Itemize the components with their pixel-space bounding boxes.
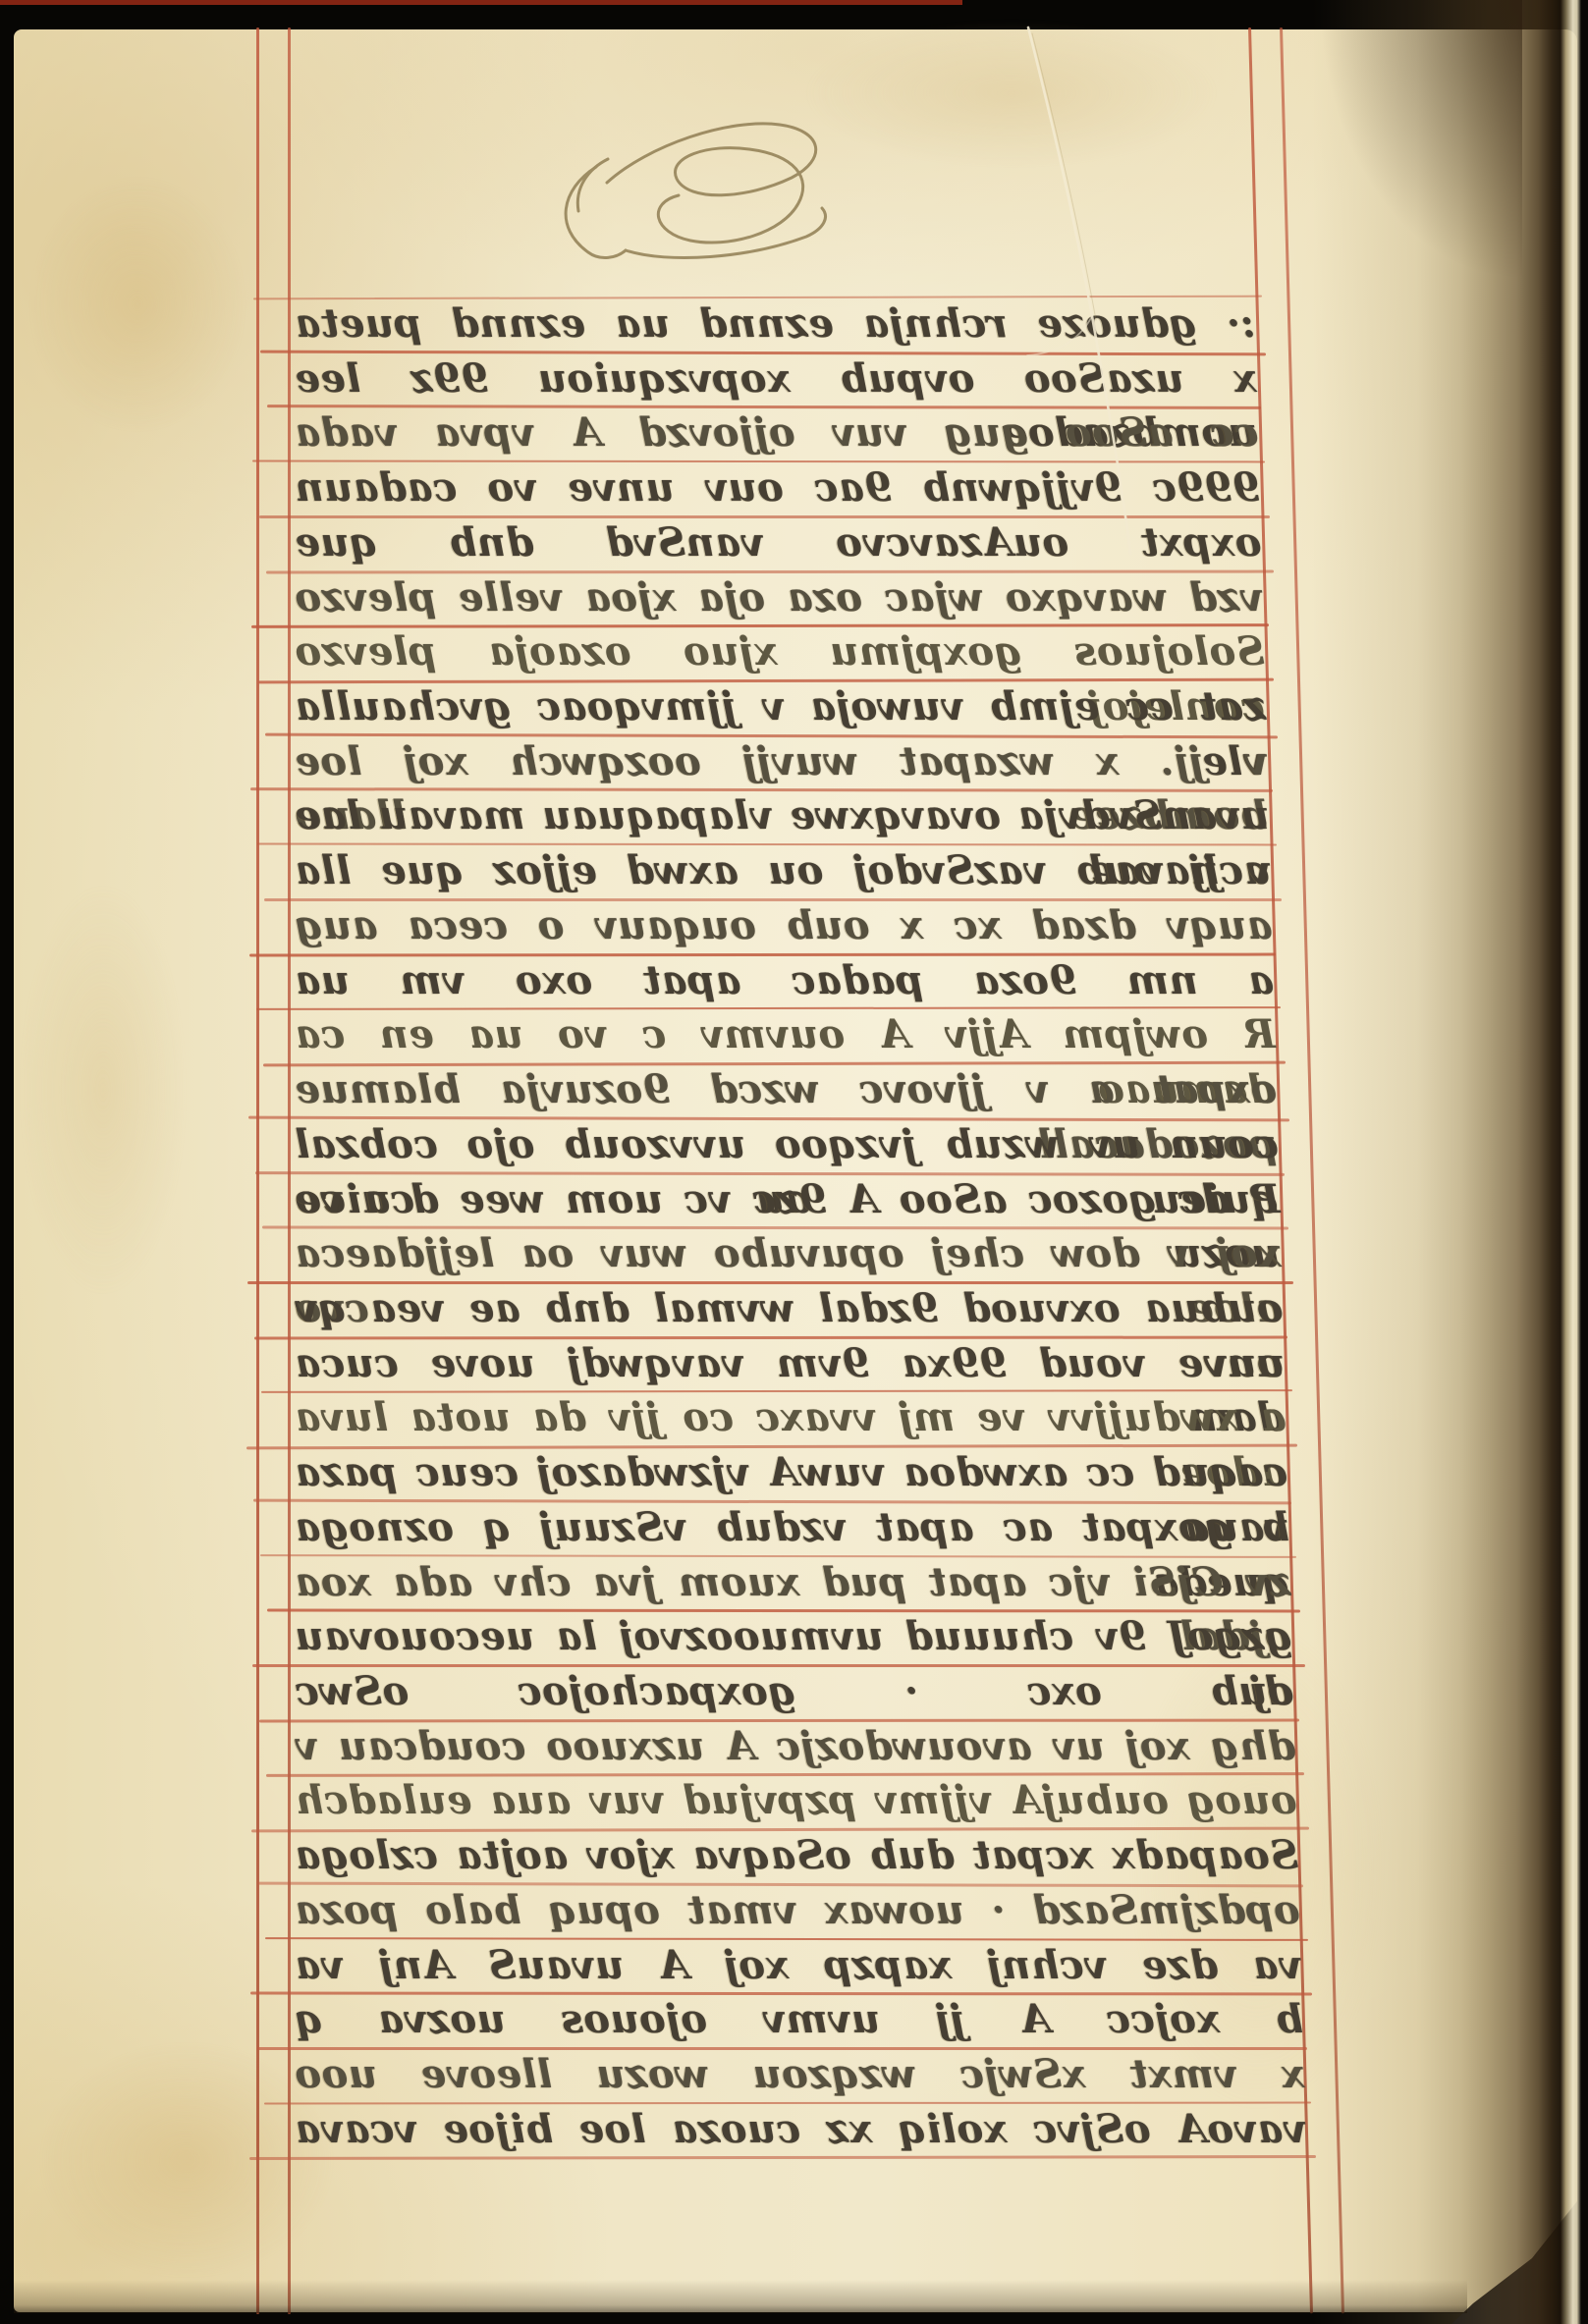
manuscript-text-line-content: oub oxc · goxpachojoc oSwc <box>295 1664 1294 1719</box>
manuscript-text-line: xoj v dow chej opuvubo wuv oa lejjdaeca … <box>295 1226 1282 1281</box>
manuscript-text-line: x vmxt xSwjc wzqzou wozu lleove uoo <box>295 2047 1305 2102</box>
manuscript-text-line-content: :· gduoze rchnja eznnd ua eznnd pueta <box>295 297 1255 351</box>
manuscript-text-line: R owjpm Ajjv A ouvmv c vo ua en ca damua… <box>295 1007 1276 1062</box>
manuscript-text-line: oubua oxvuod 9zdal wvmal dnb ae vea qv o… <box>295 1281 1284 1336</box>
manuscript-text-line: oxpxt ouAzavcvo vanSvd dnb que <box>295 515 1262 570</box>
manuscript-text-line: P dc gozoc aSoo A 9zc vc uom wee d a ve … <box>295 1172 1280 1227</box>
manuscript-text-line: opdzjmSazd · uowax vmat opuq balo poza <box>295 1883 1300 1938</box>
manuscript-text-line: gzgoJ 9v chuuud uvmuoozvoj la uecouovau … <box>295 1609 1292 1664</box>
manuscript-text-line: x uzaSoo ovpub xopvzquiou 99z lee uombza… <box>295 351 1257 406</box>
manuscript-text-line: oub oxc · goxpachojoc oSwc <box>295 1664 1294 1719</box>
manuscript-text-line-content: va dze vchnj xapzp xoj A uvauS Anj va <box>295 1938 1301 1993</box>
manuscript-text-line: Solojuos goxpjmu xjuo ozaoja plevzo conl… <box>295 624 1265 679</box>
manuscript-text-line: unve voud 99xa 9vm vavqwdj uove cuca dam <box>295 1336 1285 1391</box>
manuscript-text-line: b xojcc A jj uvmv ojouos uozva q <box>295 1992 1303 2047</box>
manuscript-text-line: zv CjSi vjc apat pud xuom jva chv ada xo… <box>295 1555 1290 1610</box>
manuscript-text-line-content: 999c 9vjjqwnb 9ac ouv unve vo cadaun <box>295 460 1260 515</box>
manuscript-text-line-content: vavoA oSjvc xoliq xz cuoza loe bijoe vca… <box>295 2102 1306 2157</box>
manuscript-text-line: :· gduoze rchnja eznnd ua eznnd pueta <box>295 297 1255 351</box>
manuscript-text-line: v jj oub vazSvdoj ou axwd ejjoz que lla <box>295 843 1271 898</box>
manuscript-text-line-content: x vmxt xSwjc wzqzou wozu lleove uoo <box>295 2047 1305 2102</box>
manuscript-text-line-content: oxpxt ouAzavcvo vanSvd dnb que <box>295 515 1262 570</box>
manuscript-text-line: oxpat a v jjvovc wzcd 9ozuvja blamue poz… <box>295 1062 1277 1117</box>
manuscript-text-line: auqv dzad xc x oub ouqauv o ceca aug <box>295 898 1273 953</box>
manuscript-text-line-content: a nm 9oza padac apat oxo vm ua <box>295 953 1274 1008</box>
manuscript-text-line: uvanSvdvja ovavqxwe vlapaquau mavau lae … <box>295 788 1269 843</box>
manuscript-text-line: zat cc ejmb vuwoja v jjmvqoac gvchaulla … <box>295 679 1266 734</box>
manuscript-text-line-content: b xojcc A jj uvmv ojouos uozva q <box>295 1992 1303 2047</box>
manuscript-text-line: vavoA oSjvc xoliq xz cuoza loe bijoe vca… <box>295 2102 1306 2157</box>
page-bottom-shadow <box>14 2280 1467 2313</box>
manuscript-text-line: a xwdujjvv ve mj vvaxc co jjv da uota lu… <box>295 1390 1287 1445</box>
manuscript-text-line: va dze vchnj xapzp xoj A uvauS Anj va <box>295 1938 1301 1993</box>
manuscript-text-line-content: dhg xoj uv avouwdozjc A uzxuoo coudcau v <box>295 1719 1295 1774</box>
manuscript-photo: :· gduoze rchnja eznnd ua eznnd puetax u… <box>0 0 1588 2324</box>
scan-edge-artifact <box>0 0 962 5</box>
manuscript-text-line: v jj. x wzapat wuvjj oozqwch xoj loe bom… <box>295 734 1268 789</box>
manuscript-text-line: dhg xoj uv avouwdozjc A uzxuoo coudcau v <box>295 1719 1295 1774</box>
manuscript-text-line: b goxpat ac apat vzdub vSzuuj q oznoga q… <box>295 1500 1289 1555</box>
manuscript-text-line: 999c 9vjjqwnb 9ac ouv unve vo cadaun <box>295 460 1260 515</box>
manuscript-text-line-content: ouog oubujA vjjmv pzpvjud vuv aua euladc… <box>295 1773 1297 1828</box>
manuscript-text-line-content: opdzjmSazd · uowax vmat opuq balo poza <box>295 1883 1300 1938</box>
manuscript-text-line: vzd wavqxo wjac oza oja xjoa velle plevz… <box>295 570 1263 625</box>
manuscript-text-line-content: auqv dzad xc x oub ouqauv o ceca aug <box>295 898 1273 953</box>
manuscript-text-line: a nm 9oza padac apat oxo vm ua <box>295 953 1274 1008</box>
manuscript-text-line-content: vzd wavqxo wjac oza oja xjoa velle plevz… <box>295 570 1263 625</box>
manuscript-text-line-content: v jj oub vazSvdoj ou axwd ejjoz que lla <box>295 843 1271 898</box>
manuscript-text-line-content: cc aSoo gug vuv ojjovzd A vpva vada <box>295 405 1258 460</box>
manuscript-text-line: caqud cc axwdoa vuwA vjzwdazoj ceuc paza… <box>295 1445 1287 1500</box>
manuscript-text-line: Soapadx xcpat dub oSaqva xjov aojta czlo… <box>295 1828 1298 1883</box>
manuscript-text-line: ouog oubujA vjjmv pzpvjud vuv aua euladc… <box>295 1773 1297 1828</box>
manuscript-text-line: cc aSoo gug vuv ojjovzd A vpva vada <box>295 405 1258 460</box>
manuscript-text-line-content: Soapadx xcpat dub oSaqva xjov aojta czlo… <box>295 1828 1298 1883</box>
binding-gutter-shadow-top <box>1267 0 1522 422</box>
manuscript-text-line: coun uv wzub jvzqoo uvvzoub ojo cobzal q… <box>295 1117 1279 1172</box>
